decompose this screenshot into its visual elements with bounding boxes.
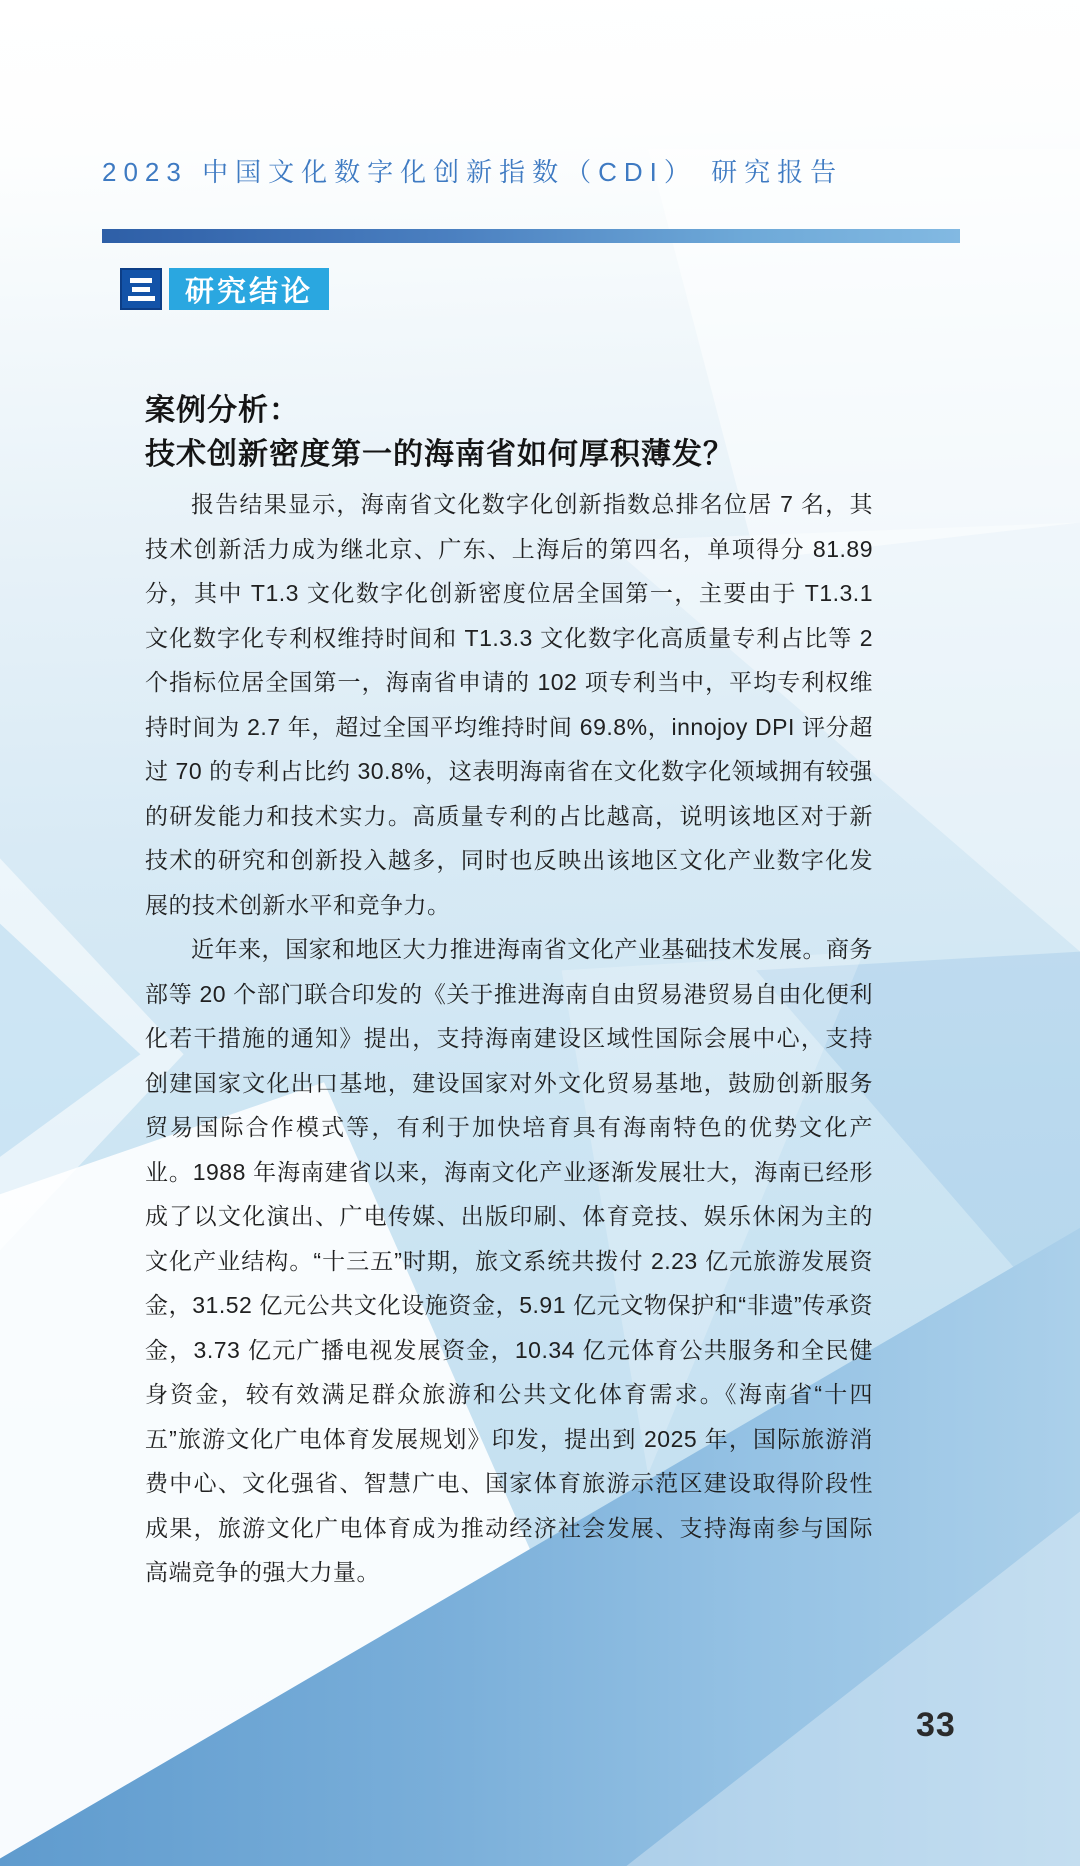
paragraph-1: 报告结果显示，海南省文化数字化创新指数总排名位居 7 名，其技术创新活力成为继北… — [145, 482, 873, 927]
icon-bar — [128, 296, 155, 301]
report-header-title: 2023 中国文化数字化创新指数（CDI） 研究报告 — [102, 152, 843, 189]
header-divider — [102, 229, 960, 243]
case-study-heading: 案例分析： 技术创新密度第一的海南省如何厚积薄发？ — [145, 389, 734, 477]
page-number: 33 — [916, 1706, 956, 1745]
icon-bar — [132, 287, 150, 292]
case-study-body: 报告结果显示，海南省文化数字化创新指数总排名位居 7 名，其技术创新活力成为继北… — [145, 482, 873, 1595]
three-bars-icon — [120, 268, 162, 310]
report-page: 2023 中国文化数字化创新指数（CDI） 研究报告 研究结论 案例分析： 技术… — [0, 0, 1080, 1866]
page-content: 2023 中国文化数字化创新指数（CDI） 研究报告 研究结论 案例分析： 技术… — [0, 0, 1080, 1866]
section-badge-label: 研究结论 — [169, 268, 329, 310]
icon-bar — [130, 278, 152, 283]
paragraph-2: 近年来，国家和地区大力推进海南省文化产业基础技术发展。商务部等 20 个部门联合… — [145, 927, 873, 1595]
case-study-heading-line1: 案例分析： — [145, 389, 734, 433]
section-badge: 研究结论 — [120, 268, 329, 310]
case-study-heading-line2: 技术创新密度第一的海南省如何厚积薄发？ — [145, 433, 734, 477]
